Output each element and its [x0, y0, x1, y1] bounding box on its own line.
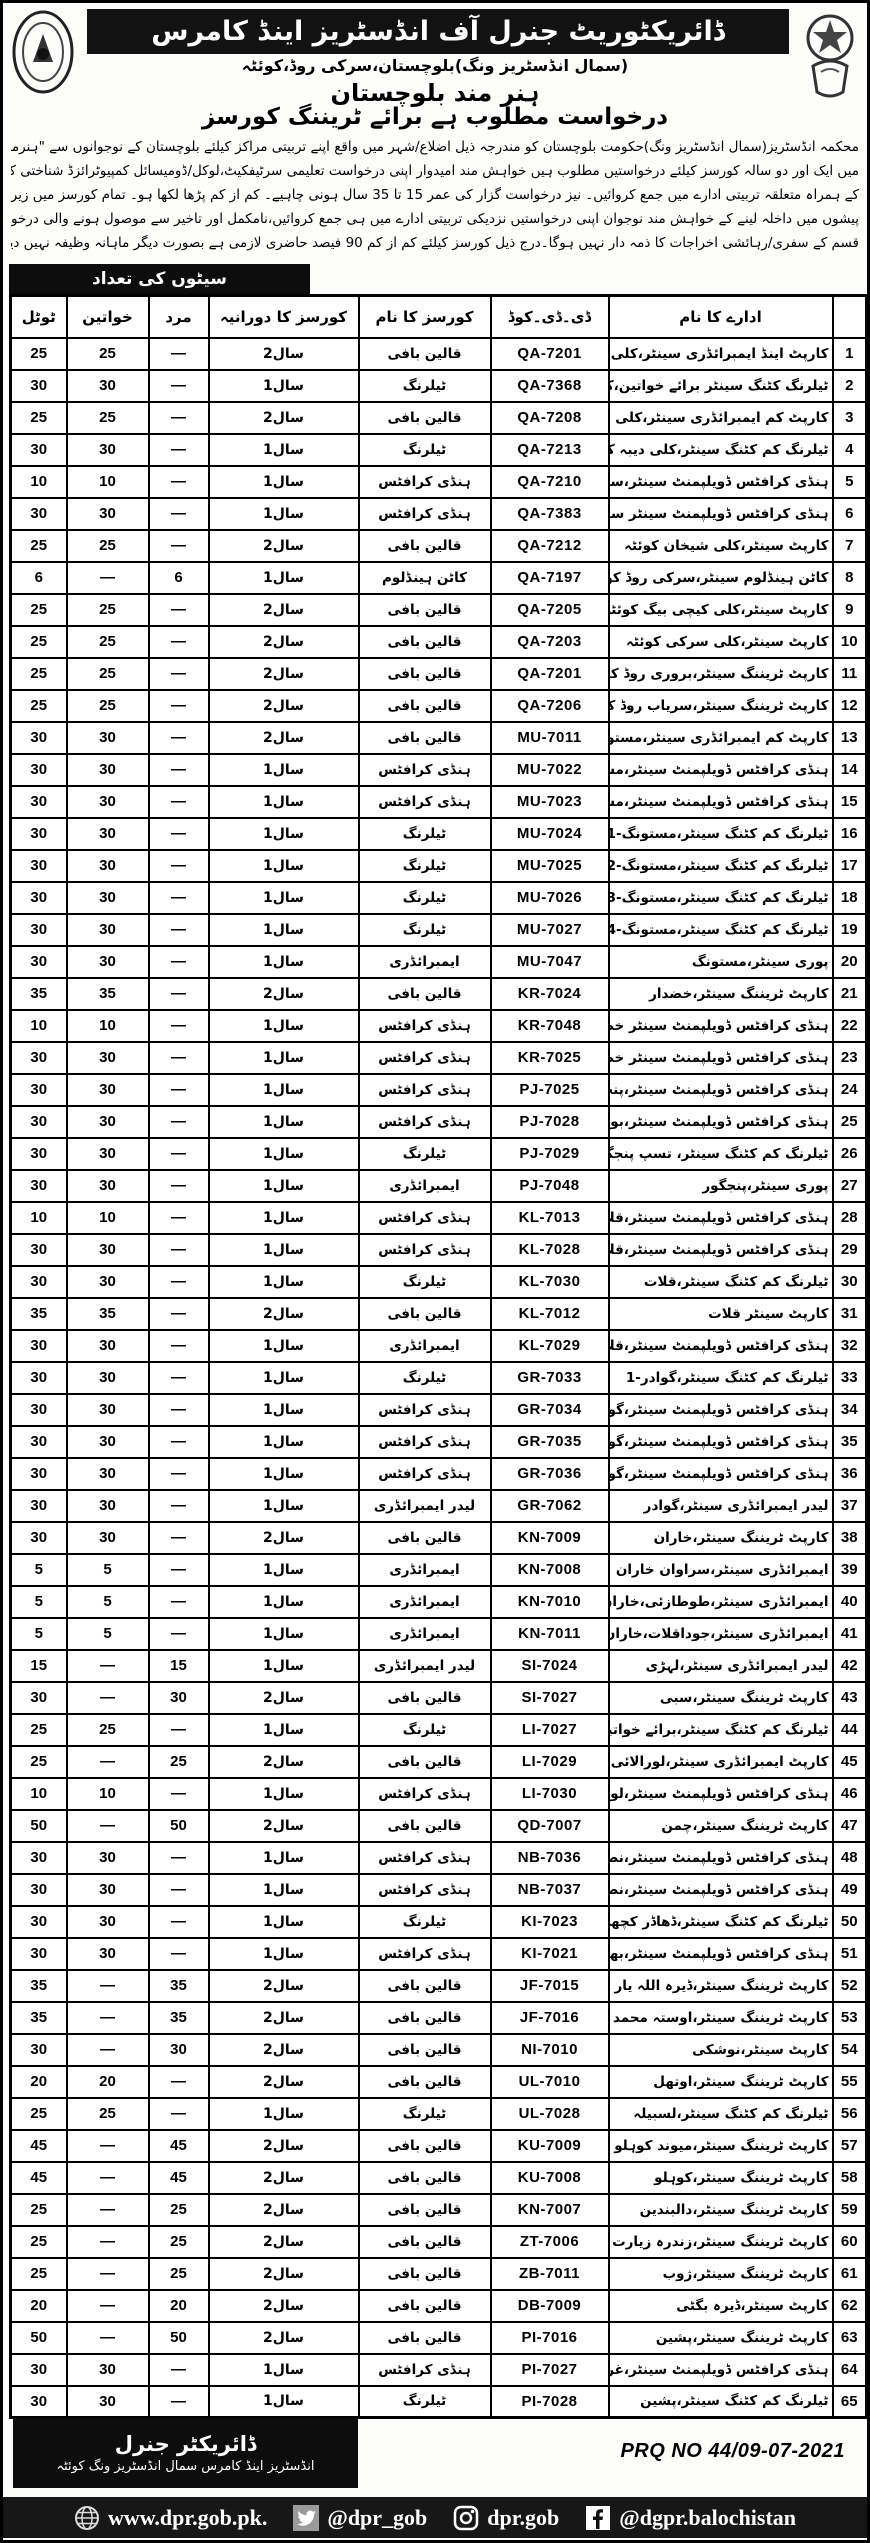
row-men-seats: —	[149, 1106, 209, 1138]
row-course: قالین بافی	[359, 2066, 491, 2098]
row-institution: ہنڈی کرافٹس ڈویلپمنٹ سینٹر،سرکی روڈ کوئٹ…	[609, 466, 833, 498]
footer: ڈائریکٹر جنرل انڈسٹریز اینڈ کامرس سمال ا…	[3, 2414, 867, 2492]
row-institution: کارپٹ ٹریننگ سینٹر،اوستہ محمد	[609, 2002, 833, 2034]
row-men-seats: —	[149, 434, 209, 466]
row-course: قالین بافی	[359, 530, 491, 562]
row-men-seats: —	[149, 2354, 209, 2386]
row-men-seats: —	[149, 786, 209, 818]
col-header-code: ڈی۔ڈی۔کوڈ	[491, 296, 609, 338]
row-serial: 11	[833, 658, 867, 690]
row-code: KI-7023	[491, 1906, 609, 1938]
row-duration: 2سال	[209, 2066, 359, 2098]
row-men-seats: —	[149, 1362, 209, 1394]
row-women-seats: —	[67, 1650, 149, 1682]
row-women-seats: —	[67, 2002, 149, 2034]
row-serial: 18	[833, 882, 867, 914]
table-row: 5 ہنڈی کرافٹس ڈویلپمنٹ سینٹر،سرکی روڈ کو…	[11, 466, 867, 498]
row-men-seats: —	[149, 658, 209, 690]
row-women-seats: 5	[67, 1618, 149, 1650]
row-course: قالین بافی	[359, 2290, 491, 2322]
row-institution: کارپٹ ٹریننگ سینٹر،ژوب	[609, 2258, 833, 2290]
table-row: 28 ہنڈی کرافٹس ڈویلپمنٹ سینٹر،قلات KL-70…	[11, 1202, 867, 1234]
row-course: قالین بافی	[359, 658, 491, 690]
director-general-subtitle: انڈسٹریز اینڈ کامرس سمال انڈسٹریز ونگ کو…	[57, 2459, 315, 2474]
row-code: MU-7024	[491, 818, 609, 850]
row-total-seats: 45	[11, 2130, 67, 2162]
table-row: 14 ہنڈی کرافٹس ڈویلپمنٹ سینٹر،مستونگ-1 M…	[11, 754, 867, 786]
row-institution: ہنڈی کرافٹس ڈویلپمنٹ سینٹر،قلات	[609, 1202, 833, 1234]
row-duration: 1سال	[209, 1266, 359, 1298]
row-total-seats: 20	[11, 2290, 67, 2322]
table-row: 23 ہنڈی کرافٹس ڈویلپمنٹ سینٹر خضدار-2 KR…	[11, 1042, 867, 1074]
row-serial: 57	[833, 2130, 867, 2162]
row-code: MU-7027	[491, 914, 609, 946]
row-duration: 1سال	[209, 2098, 359, 2130]
instagram-item: dpr.gob	[453, 2505, 559, 2531]
row-total-seats: 30	[11, 1106, 67, 1138]
row-serial: 42	[833, 1650, 867, 1682]
row-code: DB-7009	[491, 2290, 609, 2322]
row-duration: 1سال	[209, 1202, 359, 1234]
row-course: کاٹن ہینڈلوم	[359, 562, 491, 594]
table-row: 15 ہنڈی کرافٹس ڈویلپمنٹ سینٹر،مستونگ-2 M…	[11, 786, 867, 818]
row-institution: کارپٹ سینٹر،ڈیرہ بگٹی	[609, 2290, 833, 2322]
facebook-handle: @dgpr.balochistan	[619, 2505, 796, 2531]
row-total-seats: 30	[11, 498, 67, 530]
row-course: قالین بافی	[359, 1970, 491, 2002]
row-institution: ٹیلرنگ کم کٹنگ سینٹر، تسپ پنجگور-1	[609, 1138, 833, 1170]
row-women-seats: 5	[67, 1554, 149, 1586]
row-serial: 36	[833, 1458, 867, 1490]
row-code: GR-7035	[491, 1426, 609, 1458]
row-institution: ہنڈی کرافٹس ڈویلپمنٹ سینٹر،مستونگ-2	[609, 786, 833, 818]
row-serial: 31	[833, 1298, 867, 1330]
row-women-seats: —	[67, 562, 149, 594]
row-code: KL-7013	[491, 1202, 609, 1234]
row-serial: 35	[833, 1426, 867, 1458]
row-women-seats: 30	[67, 1042, 149, 1074]
row-institution: ہنڈی کرافٹس ڈویلپمنٹ سینٹر،گوادر-2	[609, 1426, 833, 1458]
row-serial: 56	[833, 2098, 867, 2130]
row-code: QA-7213	[491, 434, 609, 466]
row-men-seats: —	[149, 1586, 209, 1618]
table-row: 54 کارپٹ سینٹر،نوشکی NI-7010 قالین بافی …	[11, 2034, 867, 2066]
row-serial: 15	[833, 786, 867, 818]
row-serial: 40	[833, 1586, 867, 1618]
row-course: ہنڈی کرافٹس	[359, 498, 491, 530]
row-serial: 6	[833, 498, 867, 530]
row-men-seats: —	[149, 498, 209, 530]
row-women-seats: 30	[67, 1394, 149, 1426]
table-row: 27 پوری سینٹر،پنجگور PJ-7048 ایمبرائڈری …	[11, 1170, 867, 1202]
row-duration: 1سال	[209, 882, 359, 914]
table-row: 30 ٹیلرنگ کم کٹنگ سینٹر،قلات KL-7030 ٹیل…	[11, 1266, 867, 1298]
row-serial: 33	[833, 1362, 867, 1394]
row-course: ایمبرائڈری	[359, 1170, 491, 1202]
row-code: PJ-7048	[491, 1170, 609, 1202]
row-duration: 1سال	[209, 1234, 359, 1266]
table-row: 16 ٹیلرنگ کم کٹنگ سینٹر،مستونگ-1 MU-7024…	[11, 818, 867, 850]
row-code: MU-7047	[491, 946, 609, 978]
row-duration: 2سال	[209, 402, 359, 434]
row-code: KU-7009	[491, 2130, 609, 2162]
row-men-seats: —	[149, 1330, 209, 1362]
social-media-bar: www.dpr.gob.pk. @dpr_gob dpr.gob @dgpr.b…	[3, 2494, 867, 2538]
row-duration: 1سال	[209, 1394, 359, 1426]
row-total-seats: 30	[11, 370, 67, 402]
row-women-seats: —	[67, 2162, 149, 2194]
row-men-seats: —	[149, 818, 209, 850]
row-duration: 1سال	[209, 786, 359, 818]
table-row: 58 کارپٹ ٹریننگ سینٹر،کوہلو KU-7008 قالی…	[11, 2162, 867, 2194]
row-total-seats: 30	[11, 1042, 67, 1074]
row-course: ہنڈی کرافٹس	[359, 754, 491, 786]
row-institution: کارپٹ ٹریننگ سینٹر،بروری روڈ کوئٹہ	[609, 658, 833, 690]
row-course: ایمبرائڈری	[359, 1586, 491, 1618]
table-row: 17 ٹیلرنگ کم کٹنگ سینٹر،مستونگ-2 MU-7025…	[11, 850, 867, 882]
row-institution: کارپٹ ایمبرائڈری سینٹر،لورالائی	[609, 1746, 833, 1778]
row-serial: 45	[833, 1746, 867, 1778]
row-institution: ایمبرائڈری سینٹر،طوطازئی،خاران	[609, 1586, 833, 1618]
row-duration: 1سال	[209, 1938, 359, 1970]
row-institution: ہنڈی کرافٹس ڈویلپمنٹ سینٹر،گوادر-1	[609, 1394, 833, 1426]
row-course: لیدر ایمبرائڈری	[359, 1490, 491, 1522]
row-duration: 1سال	[209, 1618, 359, 1650]
ad-headline: درخواست مطلوب ہے برائے ٹریننگ کورسز	[3, 104, 867, 130]
row-total-seats: 30	[11, 2354, 67, 2386]
row-women-seats: 30	[67, 2386, 149, 2418]
table-row: 13 کارپٹ کم ایمبرائڈری سینٹر،مستونگ MU-7…	[11, 722, 867, 754]
row-course: ہنڈی کرافٹس	[359, 1394, 491, 1426]
row-institution: ایمبرائڈری سینٹر،سراوان خاران	[609, 1554, 833, 1586]
row-course: ایمبرائڈری	[359, 946, 491, 978]
row-institution: کارپٹ ٹریننگ سینٹر،سبی	[609, 1682, 833, 1714]
header: ڈائریکٹوریٹ جنرل آف انڈسٹریز اینڈ کامرس …	[3, 3, 867, 131]
row-course: ہنڈی کرافٹس	[359, 1458, 491, 1490]
intro-line: پیشوں میں داخلہ لینے کے خواہش مند نوجوان…	[11, 207, 859, 231]
row-serial: 32	[833, 1330, 867, 1362]
row-women-seats: 30	[67, 1138, 149, 1170]
row-code: QA-7201	[491, 338, 609, 370]
row-serial: 64	[833, 2354, 867, 2386]
row-total-seats: 25	[11, 2226, 67, 2258]
row-code: PJ-7028	[491, 1106, 609, 1138]
prq-number: PRQ NO 44/09-07-2021	[620, 2440, 845, 2463]
col-header-women: خواتین	[67, 296, 149, 338]
row-course: ٹیلرنگ	[359, 850, 491, 882]
row-serial: 34	[833, 1394, 867, 1426]
table-row: 48 ہنڈی کرافٹس ڈویلپمنٹ سینٹر،نصیرآباد-1…	[11, 1842, 867, 1874]
row-total-seats: 30	[11, 1938, 67, 1970]
table-row: 40 ایمبرائڈری سینٹر،طوطازئی،خاران KN-701…	[11, 1586, 867, 1618]
row-women-seats: 30	[67, 1106, 149, 1138]
table-row: 45 کارپٹ ایمبرائڈری سینٹر،لورالائی LI-70…	[11, 1746, 867, 1778]
row-total-seats: 30	[11, 1522, 67, 1554]
table-row: 38 کارپٹ ٹریننگ سینٹر،خاران KN-7009 قالی…	[11, 1522, 867, 1554]
row-duration: 1سال	[209, 1010, 359, 1042]
row-code: QA-7210	[491, 466, 609, 498]
row-serial: 17	[833, 850, 867, 882]
table-row: 49 ہنڈی کرافٹس ڈویلپمنٹ سینٹر،نصیرآباد-2…	[11, 1874, 867, 1906]
row-institution: ٹیلرنگ کم کٹنگ سینٹر،لسبیلہ	[609, 2098, 833, 2130]
row-women-seats: 30	[67, 2354, 149, 2386]
row-men-seats: 35	[149, 1970, 209, 2002]
row-institution: کارپٹ سینٹر،کلی شیخان کوئٹہ	[609, 530, 833, 562]
row-institution: کاٹن ہینڈلوم سینٹر،سرکی روڈ کوئٹہ	[609, 562, 833, 594]
row-serial: 13	[833, 722, 867, 754]
col-header-total: ٹوٹل	[11, 296, 67, 338]
row-duration: 1سال	[209, 434, 359, 466]
row-course: قالین بافی	[359, 2002, 491, 2034]
row-duration: 2سال	[209, 594, 359, 626]
row-total-seats: 30	[11, 1362, 67, 1394]
row-course: ہنڈی کرافٹس	[359, 1234, 491, 1266]
row-women-seats: 30	[67, 1266, 149, 1298]
row-women-seats: 30	[67, 1362, 149, 1394]
row-course: ہنڈی کرافٹس	[359, 466, 491, 498]
row-institution: ہنڈی کرافٹس ڈویلپمنٹ سینٹر،گوادر-3	[609, 1458, 833, 1490]
row-code: NI-7010	[491, 2034, 609, 2066]
twitter-icon	[293, 2505, 319, 2531]
row-total-seats: 10	[11, 466, 67, 498]
row-total-seats: 50	[11, 2322, 67, 2354]
row-women-seats: —	[67, 1810, 149, 1842]
row-total-seats: 20	[11, 2066, 67, 2098]
row-code: GR-7036	[491, 1458, 609, 1490]
row-women-seats: 25	[67, 1714, 149, 1746]
row-men-seats: —	[149, 882, 209, 914]
row-men-seats: —	[149, 1170, 209, 1202]
row-total-seats: 25	[11, 530, 67, 562]
wing-address-line: (سمال انڈسٹریز ونگ)بلوچستان،سرکی روڈ،کوئ…	[3, 56, 867, 75]
website-url: www.dpr.gob.pk.	[108, 2505, 267, 2531]
row-women-seats: 10	[67, 1010, 149, 1042]
row-total-seats: 30	[11, 786, 67, 818]
row-institution: ٹیلرنگ کم کٹنگ سینٹر،مستونگ-3	[609, 882, 833, 914]
row-institution: ٹیلرنگ کم کٹنگ سینٹر،برائے خواتین،لورالا…	[609, 1714, 833, 1746]
row-total-seats: 35	[11, 978, 67, 1010]
row-women-seats: 30	[67, 1490, 149, 1522]
row-women-seats: 30	[67, 946, 149, 978]
row-total-seats: 30	[11, 754, 67, 786]
row-institution: لیدر ایمبرائڈری سینٹر،گوادر	[609, 1490, 833, 1522]
row-men-seats: —	[149, 1010, 209, 1042]
row-serial: 43	[833, 1682, 867, 1714]
row-men-seats: —	[149, 1938, 209, 1970]
row-men-seats: —	[149, 1522, 209, 1554]
row-total-seats: 30	[11, 1170, 67, 1202]
row-course: ایمبرائڈری	[359, 1618, 491, 1650]
row-serial: 2	[833, 370, 867, 402]
row-duration: 1سال	[209, 1714, 359, 1746]
courses-table: ادارے کا نام ڈی۔ڈی۔کوڈ کورسز کا نام کورس…	[9, 294, 868, 2419]
row-total-seats: 35	[11, 1298, 67, 1330]
row-men-seats: —	[149, 402, 209, 434]
row-total-seats: 30	[11, 850, 67, 882]
table-row: 44 ٹیلرنگ کم کٹنگ سینٹر،برائے خواتین،لور…	[11, 1714, 867, 1746]
row-serial: 23	[833, 1042, 867, 1074]
row-code: ZT-7006	[491, 2226, 609, 2258]
row-code: QA-7368	[491, 370, 609, 402]
row-total-seats: 30	[11, 1074, 67, 1106]
row-men-seats: —	[149, 1842, 209, 1874]
row-institution: کارپٹ ٹریننگ سینٹر،کوہلو	[609, 2162, 833, 2194]
row-total-seats: 5	[11, 1618, 67, 1650]
row-serial: 65	[833, 2386, 867, 2418]
row-institution: ٹیلرنگ کم کٹنگ سینٹر،ڈھاڈر کچھی-2	[609, 1906, 833, 1938]
table-row: 41 ایمبرائڈری سینٹر،جوداقلات،خاران KN-70…	[11, 1618, 867, 1650]
row-institution: لیدر ایمبرائڈری سینٹر،لہڑی	[609, 1650, 833, 1682]
row-code: GR-7062	[491, 1490, 609, 1522]
intro-paragraph: محکمہ انڈسٹریز(سمال انڈسٹریز ونگ)حکومت ب…	[3, 131, 867, 255]
row-duration: 1سال	[209, 1842, 359, 1874]
row-total-seats: 30	[11, 1266, 67, 1298]
row-code: KN-7007	[491, 2194, 609, 2226]
row-men-seats: —	[149, 1298, 209, 1330]
row-duration: 1سال	[209, 1650, 359, 1682]
table-row: 61 کارپٹ ٹریننگ سینٹر،ژوب ZB-7011 قالین …	[11, 2258, 867, 2290]
row-course: ہنڈی کرافٹس	[359, 1842, 491, 1874]
row-code: PI-7027	[491, 2354, 609, 2386]
row-course: قالین بافی	[359, 2322, 491, 2354]
row-course: ٹیلرنگ	[359, 370, 491, 402]
row-women-seats: 30	[67, 722, 149, 754]
row-total-seats: 30	[11, 1490, 67, 1522]
row-course: قالین بافی	[359, 2258, 491, 2290]
row-course: قالین بافی	[359, 2194, 491, 2226]
row-course: ٹیلرنگ	[359, 818, 491, 850]
row-institution: ٹیلرنگ کم کٹنگ سینٹر،قلات	[609, 1266, 833, 1298]
twitter-item: @dpr_gob	[293, 2505, 427, 2531]
row-women-seats: 25	[67, 658, 149, 690]
table-row: 46 ہنڈی کرافٹس ڈویلپمنٹ سینٹر،لورالائی L…	[11, 1778, 867, 1810]
row-serial: 22	[833, 1010, 867, 1042]
row-total-seats: 35	[11, 2002, 67, 2034]
row-course: قالین بافی	[359, 722, 491, 754]
table-row: 12 کارپٹ ٹریننگ سینٹر،سریاب روڈ کوئٹہ QA…	[11, 690, 867, 722]
row-women-seats: 25	[67, 626, 149, 658]
row-total-seats: 30	[11, 1234, 67, 1266]
row-duration: 2سال	[209, 530, 359, 562]
row-course: ٹیلرنگ	[359, 434, 491, 466]
course-table-body: 1 کارپٹ اینڈ ایمبرائڈری سینٹر،کلی کیبر ک…	[11, 338, 867, 2418]
row-women-seats: 25	[67, 530, 149, 562]
row-serial: 25	[833, 1106, 867, 1138]
row-institution: کارپٹ ٹریننگ سینٹر،زندرہ زیارت	[609, 2226, 833, 2258]
row-institution: ہنڈی کرافٹس ڈویلپمنٹ سینٹر،بھاگ،کچھی	[609, 1938, 833, 1970]
row-institution: ٹیلرنگ کم کٹنگ سینٹر،پشین	[609, 2386, 833, 2418]
row-total-seats: 30	[11, 1138, 67, 1170]
masthead-title: ڈائریکٹوریٹ جنرل آف انڈسٹریز اینڈ کامرس	[87, 9, 789, 54]
row-serial: 52	[833, 1970, 867, 2002]
row-men-seats: —	[149, 1458, 209, 1490]
row-women-seats: 30	[67, 1426, 149, 1458]
facebook-item: @dgpr.balochistan	[585, 2505, 796, 2531]
row-institution: ٹیلرنگ کم کٹنگ سینٹر،مستونگ-4	[609, 914, 833, 946]
row-women-seats: 35	[67, 978, 149, 1010]
row-men-seats: —	[149, 1138, 209, 1170]
row-duration: 1سال	[209, 1490, 359, 1522]
row-course: قالین بافی	[359, 402, 491, 434]
row-code: LI-7029	[491, 1746, 609, 1778]
row-serial: 59	[833, 2194, 867, 2226]
row-women-seats: 30	[67, 1906, 149, 1938]
row-course: ہنڈی کرافٹس	[359, 1042, 491, 1074]
row-women-seats: 30	[67, 1330, 149, 1362]
intro-line: میں ایک اور دو سالہ کورسز کیلئے درخواستی…	[11, 159, 859, 183]
row-women-seats: 25	[67, 402, 149, 434]
row-duration: 2سال	[209, 338, 359, 370]
row-course: قالین بافی	[359, 2226, 491, 2258]
table-row: 24 ہنڈی کرافٹس ڈویلپمنٹ سینٹر،پنجگور-1 P…	[11, 1074, 867, 1106]
row-women-seats: 5	[67, 1586, 149, 1618]
col-header-institution: ادارے کا نام	[609, 296, 833, 338]
row-women-seats: 25	[67, 2098, 149, 2130]
row-serial: 10	[833, 626, 867, 658]
row-men-seats: —	[149, 1714, 209, 1746]
row-course: قالین بافی	[359, 2130, 491, 2162]
table-row: 21 کارپٹ ٹریننگ سینٹر،خضدار KR-7024 قالی…	[11, 978, 867, 1010]
row-men-seats: 6	[149, 562, 209, 594]
row-course: ہنڈی کرافٹس	[359, 1426, 491, 1458]
row-duration: 1سال	[209, 2386, 359, 2418]
row-institution: کارپٹ ٹریننگ سینٹر،چمن	[609, 1810, 833, 1842]
row-men-seats: 35	[149, 2002, 209, 2034]
row-course: قالین بافی	[359, 1298, 491, 1330]
row-serial: 26	[833, 1138, 867, 1170]
row-institution: ہنڈی کرافٹس ڈویلپمنٹ سینٹر،بوستان پنجگور…	[609, 1106, 833, 1138]
row-men-seats: 15	[149, 1650, 209, 1682]
table-row: 53 کارپٹ ٹریننگ سینٹر،اوستہ محمد JF-7016…	[11, 2002, 867, 2034]
row-men-seats: 50	[149, 2322, 209, 2354]
table-row: 3 کارپٹ کم ایمبرائڈری سینٹر،کلی دیبہ کوئ…	[11, 402, 867, 434]
row-total-seats: 30	[11, 1906, 67, 1938]
table-row: 4 ٹیلرنگ کم کٹنگ سینٹر،کلی دیبہ کوئٹہ QA…	[11, 434, 867, 466]
row-course: قالین بافی	[359, 1522, 491, 1554]
row-men-seats: 25	[149, 1746, 209, 1778]
row-women-seats: 10	[67, 1778, 149, 1810]
row-total-seats: 25	[11, 1714, 67, 1746]
row-code: MU-7026	[491, 882, 609, 914]
row-duration: 2سال	[209, 722, 359, 754]
row-serial: 39	[833, 1554, 867, 1586]
row-course: ٹیلرنگ	[359, 914, 491, 946]
row-institution: ٹیلرنگ کم کٹنگ سینٹر،گوادر-1	[609, 1362, 833, 1394]
row-duration: 1سال	[209, 1330, 359, 1362]
row-course: ہنڈی کرافٹس	[359, 786, 491, 818]
row-code: JF-7016	[491, 2002, 609, 2034]
row-women-seats: —	[67, 1970, 149, 2002]
row-women-seats: 30	[67, 434, 149, 466]
row-women-seats: 30	[67, 1938, 149, 1970]
row-code: MU-7011	[491, 722, 609, 754]
row-duration: 1سال	[209, 754, 359, 786]
row-total-seats: 30	[11, 1426, 67, 1458]
row-serial: 44	[833, 1714, 867, 1746]
table-row: 31 کارپٹ سینٹر قلات KL-7012 قالین بافی 2…	[11, 1298, 867, 1330]
row-total-seats: 10	[11, 1202, 67, 1234]
table-row: 62 کارپٹ سینٹر،ڈیرہ بگٹی DB-7009 قالین ب…	[11, 2290, 867, 2322]
table-row: 64 ہنڈی کرافٹس ڈویلپمنٹ سینٹر،غرشینان پش…	[11, 2354, 867, 2386]
row-women-seats: 25	[67, 690, 149, 722]
row-men-seats: —	[149, 1426, 209, 1458]
row-women-seats: —	[67, 2322, 149, 2354]
row-women-seats: 30	[67, 1170, 149, 1202]
row-course: ہنڈی کرافٹس	[359, 1202, 491, 1234]
row-code: KL-7029	[491, 1330, 609, 1362]
row-course: قالین بافی	[359, 690, 491, 722]
row-women-seats: 30	[67, 1234, 149, 1266]
